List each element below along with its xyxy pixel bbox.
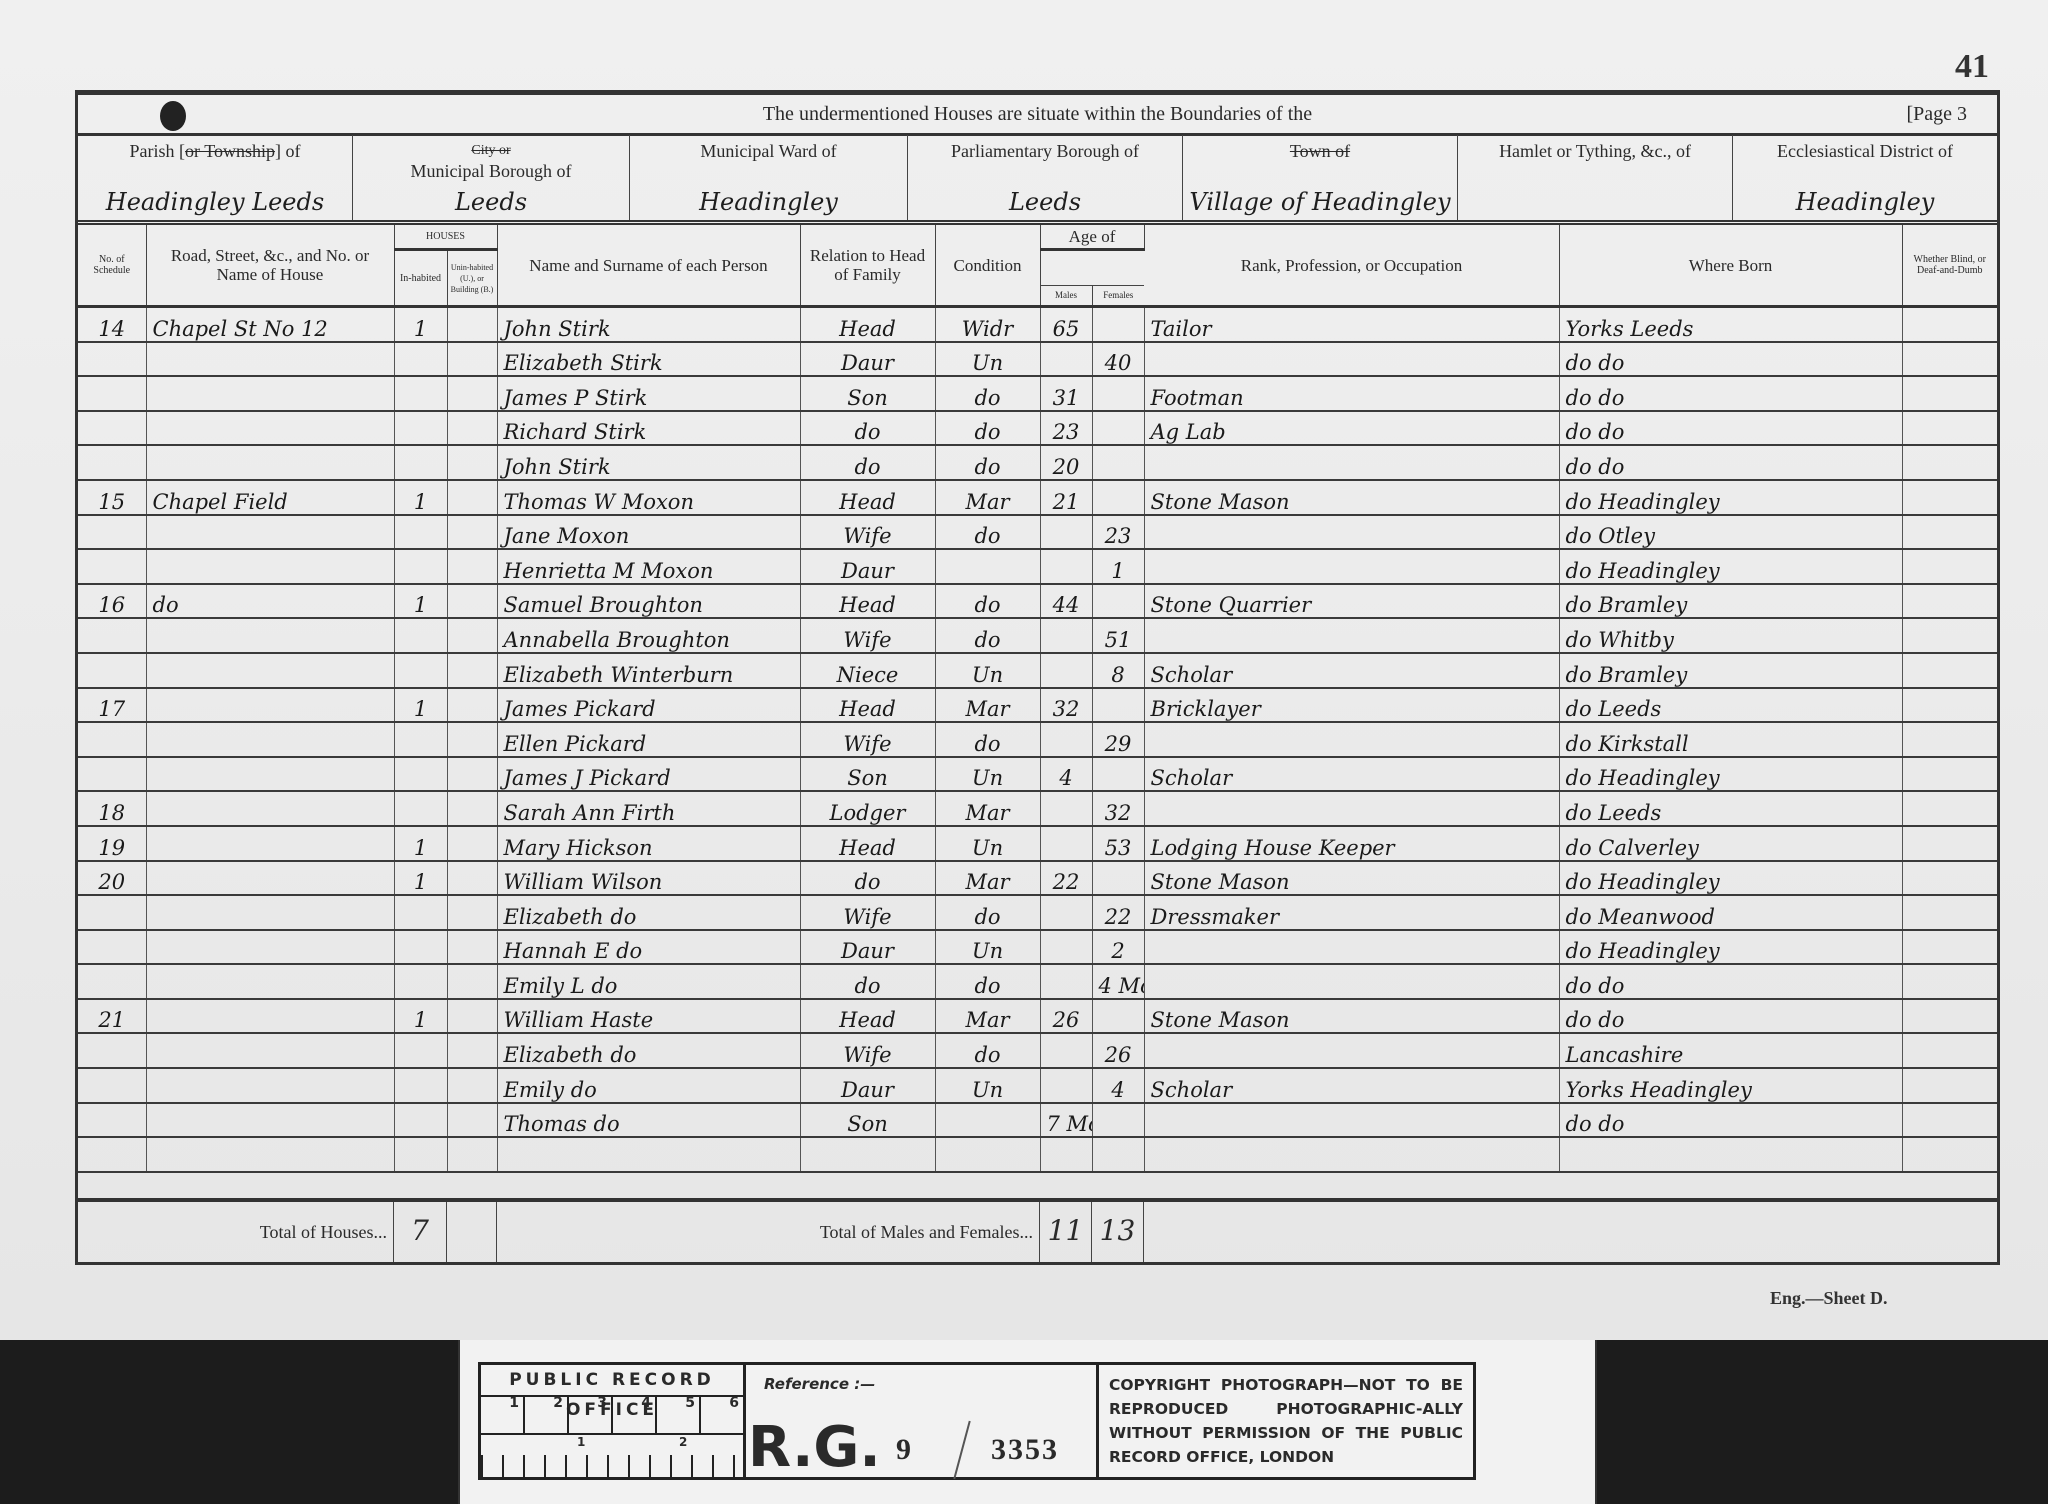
page-indicator: [Page 3 — [1906, 103, 1967, 126]
cell-condition: Mar — [935, 999, 1040, 1034]
pro-title: PUBLIC RECORD OFFICE — [481, 1365, 743, 1397]
cell-male-age: 31 — [1040, 376, 1092, 411]
col-inhabited: In-habited — [394, 250, 447, 307]
cell-road — [146, 964, 394, 999]
cell-occupation — [1144, 1137, 1559, 1172]
cell-inhabited — [394, 1068, 447, 1103]
cell-condition: Un — [935, 1068, 1040, 1103]
cell-female-age — [1092, 1137, 1144, 1172]
cell-schedule — [78, 1068, 146, 1103]
reference-series: R.G. — [748, 1415, 881, 1480]
cell-schedule: 21 — [78, 999, 146, 1034]
cell-relation — [800, 1137, 935, 1172]
sheet-label: Eng.—Sheet D. — [1770, 1288, 1888, 1309]
cell-inhabited — [394, 445, 447, 480]
cell-uninhabited — [447, 895, 497, 930]
cell-female-age: 2 — [1092, 930, 1144, 965]
cell-infirmity — [1902, 411, 1997, 446]
cell-where-born: do Headingley — [1559, 549, 1902, 584]
cell-uninhabited — [447, 688, 497, 723]
page-number: 3 — [1957, 103, 1967, 125]
table-row: Ellen PickardWifedo29do Kirkstall — [78, 722, 1997, 757]
census-form: The undermentioned Houses are situate wi… — [75, 90, 2000, 1265]
form-title: The undermentioned Houses are situate wi… — [78, 103, 1997, 126]
cell-inhabited — [394, 411, 447, 446]
cell-uninhabited — [447, 618, 497, 653]
cell-condition: Un — [935, 653, 1040, 688]
cell-occupation: Lodging House Keeper — [1144, 826, 1559, 861]
cell-condition: Mar — [935, 480, 1040, 515]
cell-relation: Wife — [800, 618, 935, 653]
cell-relation: Head — [800, 480, 935, 515]
cell-person-name: Hannah E do — [497, 930, 800, 965]
cell-uninhabited — [447, 515, 497, 550]
boundary-municipal-borough: City orMunicipal Borough of Leeds — [353, 135, 630, 220]
cell-schedule — [78, 445, 146, 480]
cell-infirmity — [1902, 342, 1997, 377]
cell-male-age: 65 — [1040, 307, 1092, 342]
cell-person-name: Thomas W Moxon — [497, 480, 800, 515]
cell-schedule: 15 — [78, 480, 146, 515]
copyright-notice: COPYRIGHT PHOTOGRAPH—NOT TO BE REPRODUCE… — [1096, 1362, 1476, 1480]
cell-infirmity — [1902, 445, 1997, 480]
cell-road — [146, 515, 394, 550]
cell-where-born: Yorks Leeds — [1559, 307, 1902, 342]
total-houses-value: 7 — [394, 1214, 446, 1247]
cell-inhabited — [394, 618, 447, 653]
cell-road — [146, 549, 394, 584]
col-schedule: No. of Schedule — [78, 225, 146, 307]
cell-schedule: 18 — [78, 791, 146, 826]
cell-female-age: 4 — [1092, 1068, 1144, 1103]
cell-occupation — [1144, 342, 1559, 377]
cell-road — [146, 826, 394, 861]
cell-male-age — [1040, 1033, 1092, 1068]
cell-where-born: do Headingley — [1559, 930, 1902, 965]
cell-person-name: Elizabeth Stirk — [497, 342, 800, 377]
cell-relation: Daur — [800, 930, 935, 965]
cell-schedule: 16 — [78, 584, 146, 619]
cell-infirmity — [1902, 930, 1997, 965]
cell-schedule — [78, 1033, 146, 1068]
cell-where-born: do Leeds — [1559, 791, 1902, 826]
boundary-ecclesiastical: Ecclesiastical District of Headingley — [1733, 135, 1997, 220]
cell-male-age — [1040, 791, 1092, 826]
cell-where-born: do Headingley — [1559, 480, 1902, 515]
boundary-parliamentary-borough: Parliamentary Borough of Leeds — [908, 135, 1183, 220]
col-infirmity: Whether Blind, or Deaf-and-Dumb — [1902, 225, 1997, 307]
cell-male-age — [1040, 722, 1092, 757]
cell-person-name: William Wilson — [497, 861, 800, 896]
reference-label: Reference :— — [764, 1375, 875, 1393]
cell-male-age: 7 Mo — [1040, 1103, 1092, 1138]
cell-occupation — [1144, 1103, 1559, 1138]
col-age: Age of — [1040, 225, 1144, 250]
cell-where-born: do Headingley — [1559, 757, 1902, 792]
cell-person-name: Sarah Ann Firth — [497, 791, 800, 826]
cell-female-age: 23 — [1092, 515, 1144, 550]
cell-relation: do — [800, 964, 935, 999]
cell-male-age — [1040, 1068, 1092, 1103]
cell-condition: do — [935, 445, 1040, 480]
cell-female-age: 32 — [1092, 791, 1144, 826]
cell-male-age — [1040, 826, 1092, 861]
cell-road — [146, 999, 394, 1034]
cell-person-name: Henrietta M Moxon — [497, 549, 800, 584]
table-row: Richard Stirkdodo23Ag Labdo do — [78, 411, 1997, 446]
cell-where-born: do Bramley — [1559, 584, 1902, 619]
cell-occupation: Stone Quarrier — [1144, 584, 1559, 619]
boundary-value: Headingley Leeds — [84, 188, 346, 216]
cell-condition: Un — [935, 826, 1040, 861]
boundary-parish: Parish [or Township] of Headingley Leeds — [78, 135, 353, 220]
ruler-numbers: 1 2 3 4 5 6 — [481, 1395, 743, 1435]
cell-schedule: 14 — [78, 307, 146, 342]
cell-occupation: Bricklayer — [1144, 688, 1559, 723]
cell-inhabited — [394, 549, 447, 584]
cell-uninhabited — [447, 342, 497, 377]
cell-uninhabited — [447, 411, 497, 446]
cell-uninhabited — [447, 861, 497, 896]
cell-occupation: Stone Mason — [1144, 480, 1559, 515]
cell-schedule — [78, 342, 146, 377]
cell-relation: Son — [800, 757, 935, 792]
cell-male-age: 4 — [1040, 757, 1092, 792]
cell-condition: Un — [935, 757, 1040, 792]
cell-road — [146, 1103, 394, 1138]
cell-uninhabited — [447, 376, 497, 411]
cell-condition: Mar — [935, 688, 1040, 723]
cell-schedule — [78, 964, 146, 999]
cell-road — [146, 342, 394, 377]
cell-where-born: do Otley — [1559, 515, 1902, 550]
cell-schedule — [78, 757, 146, 792]
cell-road — [146, 411, 394, 446]
boundary-value: Leeds — [359, 188, 623, 216]
cell-infirmity — [1902, 757, 1997, 792]
cell-person-name: Mary Hickson — [497, 826, 800, 861]
table-row — [78, 1137, 1997, 1172]
col-born: Where Born — [1559, 225, 1902, 307]
reference-folio: 3353 — [991, 1433, 1059, 1467]
cell-person-name: Elizabeth do — [497, 895, 800, 930]
boundaries-row: Parish [or Township] of Headingley Leeds… — [78, 135, 1997, 225]
reference-piece: 9 — [896, 1433, 911, 1467]
cell-female-age: 22 — [1092, 895, 1144, 930]
table-row: Thomas doSon7 Modo do — [78, 1103, 1997, 1138]
cell-uninhabited — [447, 1068, 497, 1103]
cell-schedule: 20 — [78, 861, 146, 896]
cell-condition: do — [935, 584, 1040, 619]
cell-relation: Wife — [800, 1033, 935, 1068]
cell-relation: Wife — [800, 722, 935, 757]
cell-male-age: 44 — [1040, 584, 1092, 619]
cell-female-age: 4 Mo — [1092, 964, 1144, 999]
cell-road — [146, 895, 394, 930]
reference-box: Reference :— R.G. 9 3353 — [746, 1362, 1096, 1480]
cell-person-name: James Pickard — [497, 688, 800, 723]
table-row: Annabella BroughtonWifedo51do Whitby — [78, 618, 1997, 653]
total-females: 13 — [1092, 1214, 1143, 1247]
cell-occupation: Stone Mason — [1144, 861, 1559, 896]
cell-schedule — [78, 549, 146, 584]
cell-where-born: do do — [1559, 411, 1902, 446]
cell-occupation — [1144, 549, 1559, 584]
cell-relation: Niece — [800, 653, 935, 688]
cell-relation: Daur — [800, 549, 935, 584]
cell-inhabited — [394, 1137, 447, 1172]
cell-infirmity — [1902, 722, 1997, 757]
cell-inhabited — [394, 376, 447, 411]
cell-occupation: Scholar — [1144, 1068, 1559, 1103]
cell-infirmity — [1902, 1137, 1997, 1172]
cell-occupation — [1144, 618, 1559, 653]
cell-condition: Widr — [935, 307, 1040, 342]
cell-where-born — [1559, 1137, 1902, 1172]
cell-occupation — [1144, 722, 1559, 757]
cell-road — [146, 1068, 394, 1103]
cell-male-age — [1040, 653, 1092, 688]
cell-person-name: Emily L do — [497, 964, 800, 999]
cell-inhabited — [394, 515, 447, 550]
cell-male-age: 26 — [1040, 999, 1092, 1034]
cell-inhabited — [394, 791, 447, 826]
cell-inhabited — [394, 895, 447, 930]
cell-relation: Daur — [800, 342, 935, 377]
cell-road — [146, 757, 394, 792]
cell-male-age — [1040, 930, 1092, 965]
cell-infirmity — [1902, 307, 1997, 342]
cell-road: Chapel Field — [146, 480, 394, 515]
cell-infirmity — [1902, 1033, 1997, 1068]
cell-female-age — [1092, 1103, 1144, 1138]
cell-condition: do — [935, 1033, 1040, 1068]
cell-schedule: 17 — [78, 688, 146, 723]
cell-condition: Mar — [935, 861, 1040, 896]
cell-condition: do — [935, 515, 1040, 550]
cell-schedule — [78, 618, 146, 653]
col-females: Females — [1092, 286, 1144, 307]
cell-female-age: 53 — [1092, 826, 1144, 861]
col-relation: Relation to Head of Family — [800, 225, 935, 307]
cell-person-name: John Stirk — [497, 445, 800, 480]
cell-male-age: 20 — [1040, 445, 1092, 480]
cell-condition — [935, 1103, 1040, 1138]
cell-male-age: 22 — [1040, 861, 1092, 896]
cell-condition: do — [935, 376, 1040, 411]
cell-uninhabited — [447, 757, 497, 792]
cell-where-born: do Whitby — [1559, 618, 1902, 653]
col-occupation: Rank, Profession, or Occupation — [1144, 225, 1559, 307]
cell-relation: do — [800, 445, 935, 480]
cell-uninhabited — [447, 1137, 497, 1172]
cell-uninhabited — [447, 964, 497, 999]
cell-infirmity — [1902, 480, 1997, 515]
cell-occupation — [1144, 515, 1559, 550]
cell-road — [146, 1033, 394, 1068]
cell-infirmity — [1902, 618, 1997, 653]
public-record-office-stamp: PUBLIC RECORD OFFICE 1 2 3 4 5 6 1 2 Ref… — [458, 1340, 1597, 1504]
cell-uninhabited — [447, 1103, 497, 1138]
cell-infirmity — [1902, 964, 1997, 999]
cell-male-age — [1040, 964, 1092, 999]
cell-inhabited — [394, 342, 447, 377]
cell-person-name: William Haste — [497, 999, 800, 1034]
cell-where-born: do Calverley — [1559, 826, 1902, 861]
cell-uninhabited — [447, 480, 497, 515]
cell-occupation — [1144, 1033, 1559, 1068]
cell-inhabited — [394, 757, 447, 792]
cell-inhabited — [394, 1103, 447, 1138]
table-row: Hannah E doDaurUn2do Headingley — [78, 930, 1997, 965]
cell-schedule — [78, 1137, 146, 1172]
cell-inhabited — [394, 964, 447, 999]
cell-inhabited: 1 — [394, 480, 447, 515]
cell-male-age — [1040, 342, 1092, 377]
cell-road: do — [146, 584, 394, 619]
cell-where-born: do do — [1559, 376, 1902, 411]
cell-person-name: Elizabeth Winterburn — [497, 653, 800, 688]
table-row: Henrietta M MoxonDaur1do Headingley — [78, 549, 1997, 584]
cell-where-born: Yorks Headingley — [1559, 1068, 1902, 1103]
cell-inhabited: 1 — [394, 688, 447, 723]
cell-inhabited — [394, 722, 447, 757]
cell-road — [146, 861, 394, 896]
census-table: No. of Schedule Road, Street, &c., and N… — [78, 225, 1997, 1173]
cell-where-born: do Headingley — [1559, 861, 1902, 896]
cell-where-born: do do — [1559, 999, 1902, 1034]
cell-male-age — [1040, 618, 1092, 653]
cell-relation: Head — [800, 826, 935, 861]
cell-condition: do — [935, 964, 1040, 999]
cell-schedule — [78, 376, 146, 411]
cell-female-age — [1092, 376, 1144, 411]
cell-infirmity — [1902, 861, 1997, 896]
cell-relation: Head — [800, 307, 935, 342]
cell-condition: do — [935, 722, 1040, 757]
cell-male-age — [1040, 895, 1092, 930]
ruler-icon: 1 2 — [481, 1433, 743, 1477]
col-name: Name and Surname of each Person — [497, 225, 800, 307]
cell-uninhabited — [447, 307, 497, 342]
cell-uninhabited — [447, 445, 497, 480]
cell-condition: Un — [935, 930, 1040, 965]
cell-relation: Head — [800, 584, 935, 619]
totals-row: Total of Houses... 7 Total of Males and … — [78, 1198, 1997, 1262]
cell-uninhabited — [447, 549, 497, 584]
cell-male-age — [1040, 515, 1092, 550]
cell-occupation: Scholar — [1144, 757, 1559, 792]
cell-inhabited — [394, 653, 447, 688]
pro-ruler-box: PUBLIC RECORD OFFICE 1 2 3 4 5 6 1 2 — [478, 1362, 746, 1480]
table-row: 211William HasteHeadMar26Stone Masondo d… — [78, 999, 1997, 1034]
cell-person-name: Annabella Broughton — [497, 618, 800, 653]
cell-schedule — [78, 653, 146, 688]
cell-person-name: Thomas do — [497, 1103, 800, 1138]
cell-female-age — [1092, 445, 1144, 480]
cell-infirmity — [1902, 688, 1997, 723]
cell-male-age — [1040, 1137, 1092, 1172]
cell-occupation — [1144, 791, 1559, 826]
cell-female-age — [1092, 480, 1144, 515]
cell-person-name: James J Pickard — [497, 757, 800, 792]
cell-condition — [935, 549, 1040, 584]
cell-female-age: 29 — [1092, 722, 1144, 757]
table-row: 16do1Samuel BroughtonHeaddo44Stone Quarr… — [78, 584, 1997, 619]
col-condition: Condition — [935, 225, 1040, 307]
cell-inhabited: 1 — [394, 307, 447, 342]
cell-female-age — [1092, 757, 1144, 792]
cell-infirmity — [1902, 1103, 1997, 1138]
cell-inhabited — [394, 1033, 447, 1068]
cell-female-age — [1092, 411, 1144, 446]
table-row: Emily doDaurUn4ScholarYorks Headingley — [78, 1068, 1997, 1103]
cell-uninhabited — [447, 930, 497, 965]
cell-where-born: do do — [1559, 964, 1902, 999]
boundary-hamlet: Hamlet or Tything, &c., of — [1458, 135, 1733, 220]
folio-number: 41 — [1955, 48, 1989, 86]
cell-condition: do — [935, 411, 1040, 446]
cell-uninhabited — [447, 999, 497, 1034]
cell-condition: do — [935, 618, 1040, 653]
cell-where-born: Lancashire — [1559, 1033, 1902, 1068]
cell-female-age: 8 — [1092, 653, 1144, 688]
cell-infirmity — [1902, 515, 1997, 550]
table-row: 171James PickardHeadMar32Bricklayerdo Le… — [78, 688, 1997, 723]
cell-uninhabited — [447, 826, 497, 861]
cell-schedule — [78, 722, 146, 757]
cell-road — [146, 618, 394, 653]
cell-occupation — [1144, 445, 1559, 480]
cell-female-age: 1 — [1092, 549, 1144, 584]
boundary-value: Village of Headingley — [1189, 188, 1451, 216]
cell-occupation — [1144, 964, 1559, 999]
cell-occupation: Scholar — [1144, 653, 1559, 688]
cell-inhabited: 1 — [394, 584, 447, 619]
cell-female-age: 51 — [1092, 618, 1144, 653]
total-persons-label: Total of Males and Females... — [820, 1222, 1033, 1243]
boundary-municipal-ward: Municipal Ward of Headingley — [630, 135, 908, 220]
cell-occupation — [1144, 930, 1559, 965]
total-males: 11 — [1040, 1214, 1091, 1247]
cell-uninhabited — [447, 722, 497, 757]
cell-inhabited: 1 — [394, 999, 447, 1034]
cell-infirmity — [1902, 791, 1997, 826]
table-row: Emily L dododo4 Modo do — [78, 964, 1997, 999]
col-males: Males — [1040, 286, 1092, 307]
cell-relation: Daur — [800, 1068, 935, 1103]
cell-relation: Son — [800, 1103, 935, 1138]
cell-male-age: 32 — [1040, 688, 1092, 723]
cell-schedule — [78, 930, 146, 965]
cell-person-name: Emily do — [497, 1068, 800, 1103]
boundary-value: Headingley — [1739, 188, 1991, 216]
cell-male-age: 23 — [1040, 411, 1092, 446]
cell-person-name: James P Stirk — [497, 376, 800, 411]
cell-schedule: 19 — [78, 826, 146, 861]
table-row: Elizabeth doWifedo22Dressmakerdo Meanwoo… — [78, 895, 1997, 930]
cell-relation: Head — [800, 688, 935, 723]
census-sheet: 41 The undermentioned Houses are situate… — [0, 0, 2048, 1340]
cell-male-age — [1040, 549, 1092, 584]
cell-infirmity — [1902, 584, 1997, 619]
cell-road — [146, 376, 394, 411]
cell-road — [146, 445, 394, 480]
cell-female-age — [1092, 861, 1144, 896]
cell-uninhabited — [447, 584, 497, 619]
boundary-town: Town of Village of Headingley — [1183, 135, 1458, 220]
cell-infirmity — [1902, 376, 1997, 411]
